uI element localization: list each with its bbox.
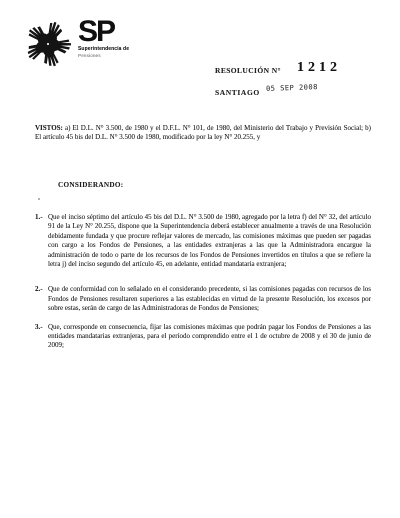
vistos-label: VISTOS: [35,124,63,132]
hands-star-icon [20,15,76,73]
logo-text-block: SP Superintendencia de Pensiones [78,21,129,58]
logo-acronym: SP [78,21,129,43]
item-text: Que, corresponde en consecuencia, fijar … [48,323,371,351]
item-number: 2.- [35,285,48,313]
vistos-text: a) El D.L. N° 3.500, de 1980 y el D.F.L.… [35,124,371,141]
logo-org-name-line2: Pensiones [78,53,129,58]
city-label: SANTIAGO [215,88,260,97]
logo-org-name-line1: Superintendencia de [78,46,129,52]
date-stamp: 05 SEP 2008 [266,83,318,93]
item-number: 1.- [35,213,48,269]
item-number: 3.- [35,323,48,351]
resolution-label: RESOLUCIÓN N° [215,66,281,75]
agency-logo: SP Superintendencia de Pensiones [20,15,129,73]
vistos-paragraph: VISTOS: a) El D.L. N° 3.500, de 1980 y e… [35,124,371,143]
considerando-heading: CONSIDERANDO: [58,181,123,189]
scanned-resolution-document: SP Superintendencia de Pensiones RESOLUC… [0,0,400,518]
considerando-items: 1.- Que el inciso séptimo del artículo 4… [35,213,371,351]
item-text: Que de conformidad con lo señalado en el… [48,285,371,313]
resolution-number: 1212 [297,60,341,76]
considerando-item-2: 2.- Que de conformidad con lo señalado e… [35,285,371,313]
item-text: Que el inciso séptimo del artículo 45 bi… [48,213,371,269]
considerando-item-3: 3.- Que, corresponde en consecuencia, fi… [35,323,371,351]
considerando-item-1: 1.- Que el inciso séptimo del artículo 4… [35,213,371,269]
scan-speck [38,198,40,200]
